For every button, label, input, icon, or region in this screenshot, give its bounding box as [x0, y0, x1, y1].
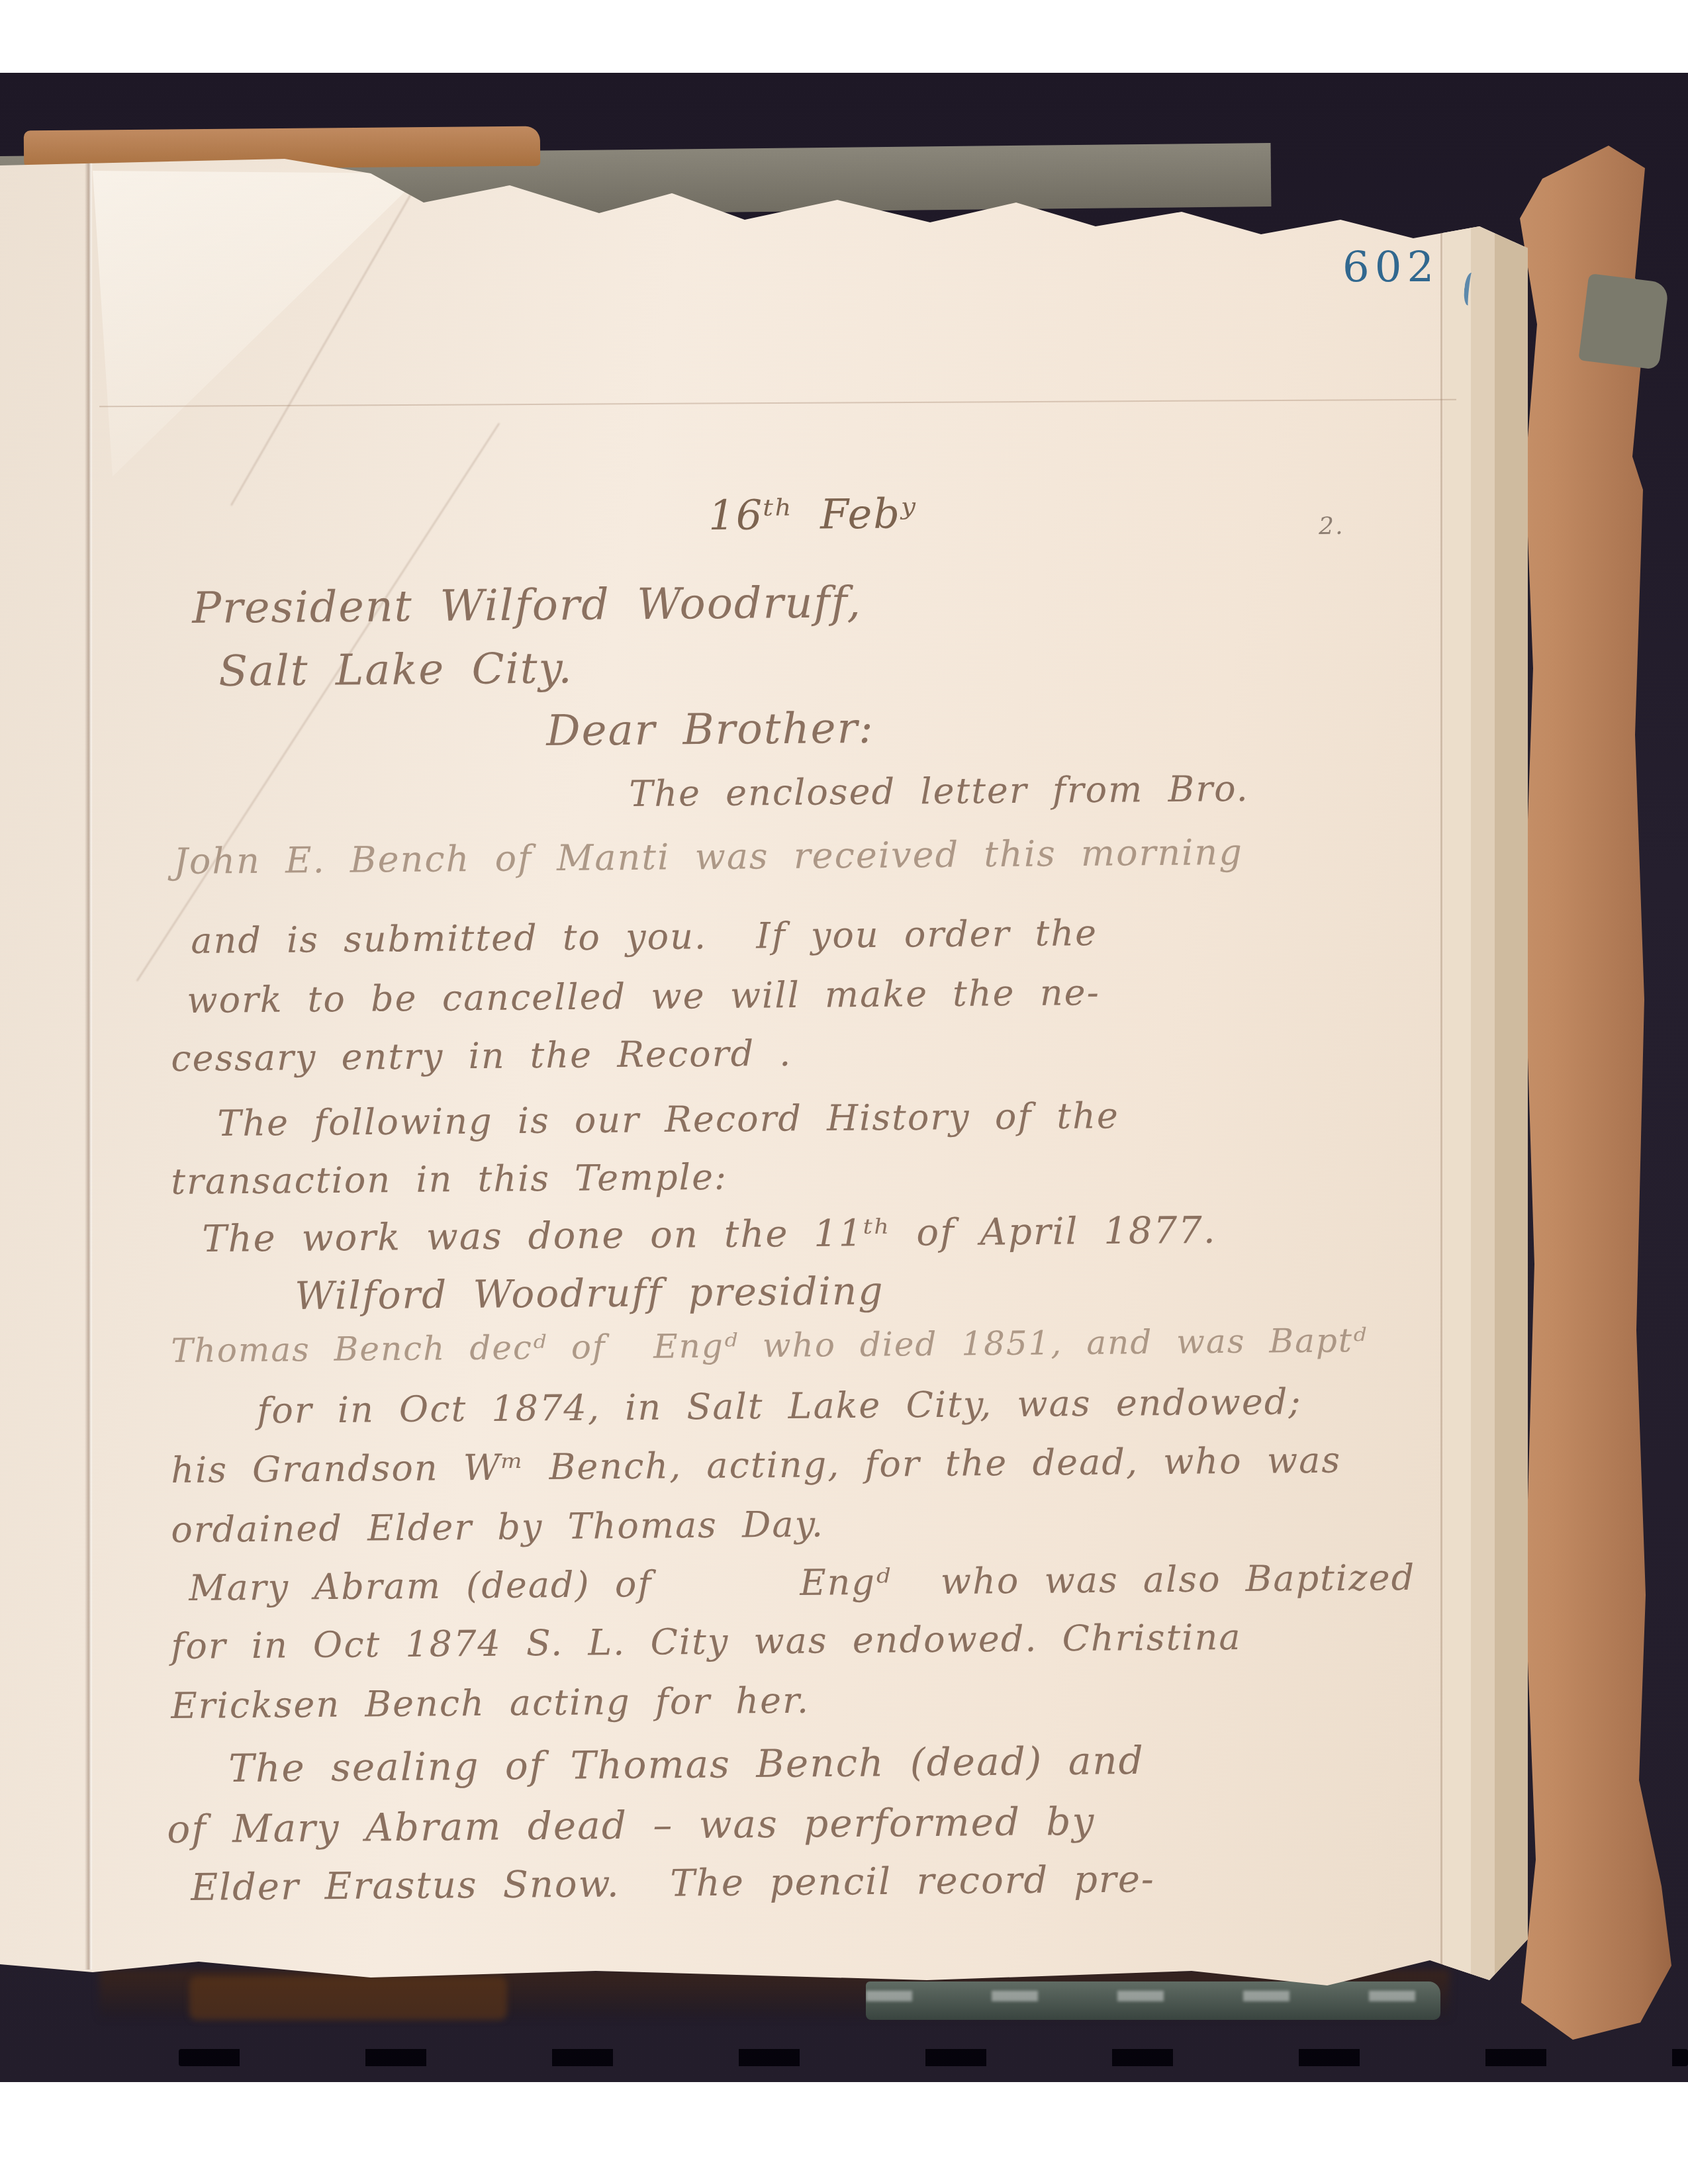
scanner-cradle-slots: [179, 2049, 1688, 2066]
tissue-sheet-edge: [99, 399, 1456, 408]
page-stack-edge: [1471, 199, 1495, 1985]
letter-line: ordained Elder by Thomas Day.: [171, 1503, 824, 1551]
letter-line: The enclosed letter from Bro.: [629, 768, 1249, 815]
letter-line: of Mary Abram dead – was performed by: [167, 1799, 1096, 1852]
worn-leather-fragment-bottom: [189, 1976, 507, 2020]
folio-number-stamp: 602: [1342, 244, 1439, 293]
letter-line: cessary entry in the Record .: [171, 1032, 792, 1079]
letter-line: and is submitted to you. If you order th…: [191, 912, 1098, 962]
page-stack-edge-line: [1440, 212, 1442, 1972]
scanned-letter-photo: 602 16ᵗʰ Febʸ 2. President Wilford Woodr…: [0, 0, 1688, 2184]
letter-line: The following is our Record History of t…: [217, 1095, 1119, 1144]
letter-line: transaction in this Temple:: [171, 1156, 727, 1203]
letter-line: The work was done on the 11ᵗʰ of April 1…: [202, 1209, 1217, 1261]
letter-line: John E. Bench of Manti was received this…: [173, 831, 1243, 882]
letter-line: for in Oct 1874 S. L. City was endowed. …: [171, 1616, 1242, 1667]
letter-line: Wilford Woodruff presiding: [295, 1268, 884, 1318]
letter-line: Elder Erastus Snow. The pencil record pr…: [191, 1858, 1155, 1909]
marbled-edge-fragment-bottom: [866, 1981, 1440, 2020]
addressee-line: President Wilford Woodruff,: [192, 578, 862, 633]
letter-line: Thomas Bench decᵈ of Engᵈ who died 1851,…: [171, 1321, 1368, 1370]
pencil-corner-note: 2.: [1319, 513, 1344, 540]
letter-line: Ericksen Bench acting for her.: [171, 1680, 810, 1727]
letter-line: for in Oct 1874, in Salt Lake City, was …: [257, 1381, 1302, 1432]
page-stack-edge: [1495, 199, 1528, 1985]
page-gutter-shadow: [85, 163, 93, 1970]
page-stack-edge: [1443, 199, 1471, 1985]
letter-line: work to be cancelled we will make the ne…: [187, 972, 1100, 1021]
letter-line: The sealing of Thomas Bench (dead) and: [228, 1738, 1145, 1791]
address-city-line: Salt Lake City.: [218, 644, 573, 696]
letter-line: Mary Abram (dead) of Engᵈ who was also B…: [189, 1557, 1415, 1609]
grey-felt-fragment-right: [1578, 273, 1669, 370]
letterbook-page: 602 16ᵗʰ Febʸ 2. President Wilford Woodr…: [0, 0, 1688, 2184]
tissue-corner-fold: [93, 167, 437, 478]
date-line: 16ᵗʰ Febʸ: [708, 489, 917, 539]
salutation-line: Dear Brother:: [546, 704, 874, 756]
letter-line: his Grandson Wᵐ Bench, acting, for the d…: [171, 1439, 1341, 1491]
page-crease: [136, 423, 500, 981]
